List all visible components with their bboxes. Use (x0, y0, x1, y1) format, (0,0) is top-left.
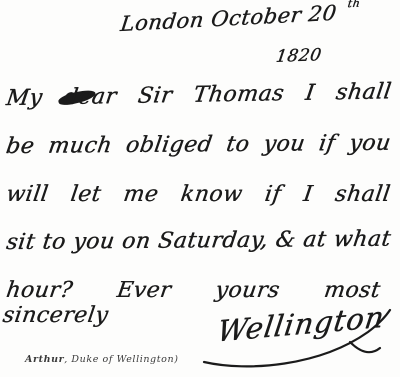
handwritten-letter-scan: London October 20th 1820 My dear Sir Tho… (0, 0, 400, 377)
caption: Arthur, Duke of Wellington) (25, 354, 179, 365)
dateline: London October 20th (119, 0, 361, 36)
year-line: 1820 (274, 45, 322, 67)
body-line-1: My dear Sir Thomas I shall (4, 79, 393, 111)
caption-name: Arthur (25, 354, 64, 365)
body-line-3: will let me know if I shall (4, 182, 392, 207)
body-line-4: sit to you on Saturday, & at what (5, 227, 393, 255)
dateline-superscript: th (347, 0, 361, 10)
caption-text: , Duke of Wellington) (64, 354, 178, 365)
body-line-2: be much obliged to you if you (4, 131, 392, 159)
dateline-text: London October 20 (119, 1, 338, 36)
